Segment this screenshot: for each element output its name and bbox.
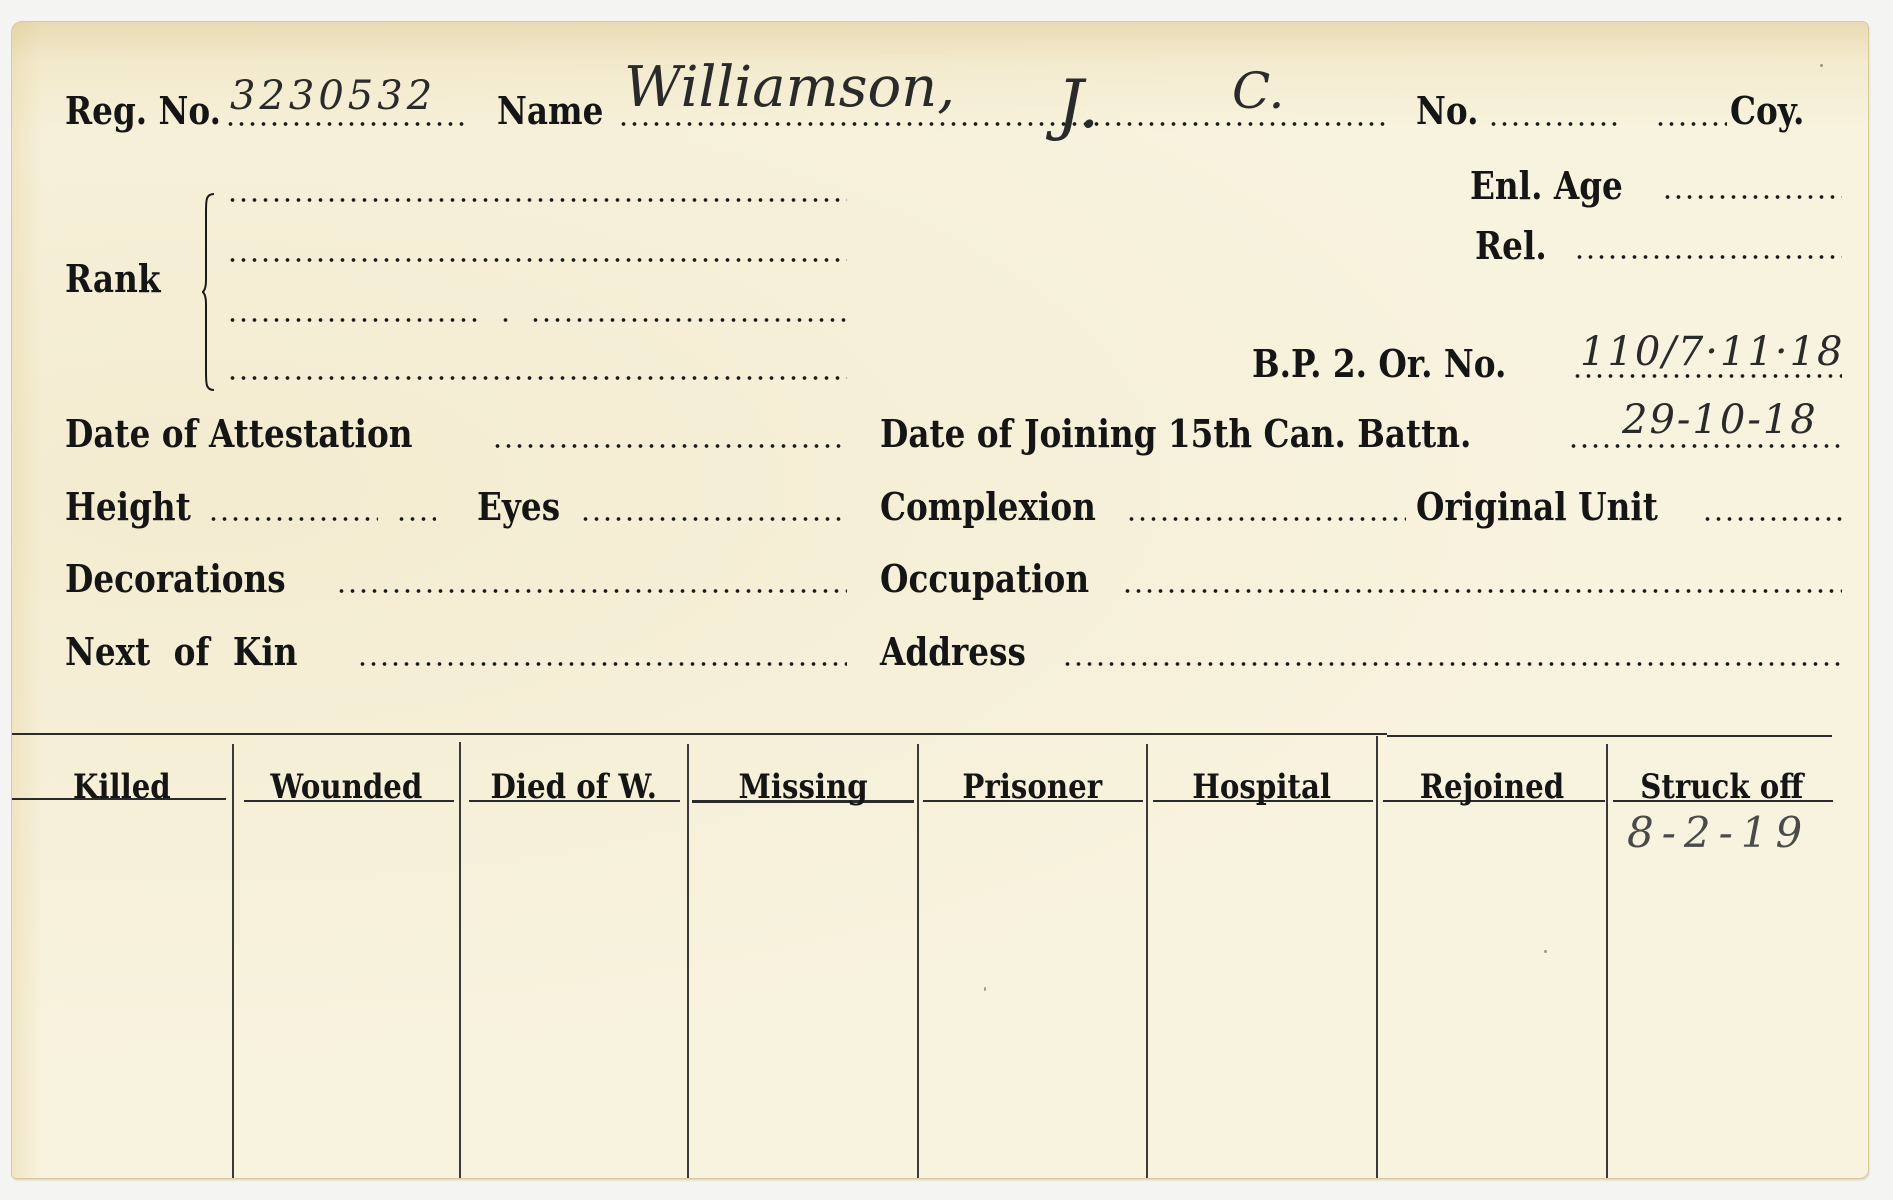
- name-initial-1[interactable]: J.: [1057, 72, 1099, 138]
- enl-age-label: Enl. Age: [1470, 167, 1623, 205]
- rank-line-3-gap-dot: [500, 318, 510, 322]
- address-label: Address: [880, 633, 1026, 671]
- cell-rejoined[interactable]: [1378, 804, 1606, 1178]
- cell-prisoner[interactable]: [919, 804, 1146, 1178]
- column-divider: [1606, 744, 1608, 1178]
- column-header-prisoner: Prisoner: [919, 767, 1146, 807]
- date-of-joining-value[interactable]: 29-10-18: [1622, 400, 1818, 440]
- column-header-killed: Killed: [12, 767, 232, 807]
- rank-line-2[interactable]: [227, 258, 847, 262]
- bp2-label: B.P. 2. Or. No.: [1252, 345, 1506, 383]
- complexion-label: Complexion: [880, 488, 1096, 526]
- cell-died-of-wounds[interactable]: [461, 804, 687, 1178]
- original-unit-label: Original Unit: [1416, 488, 1658, 526]
- bp2-value[interactable]: 110/7·11·18: [1580, 332, 1845, 372]
- complexion-dots[interactable]: [1126, 517, 1406, 521]
- next-of-kin-dots[interactable]: [357, 662, 847, 666]
- reg-no-value[interactable]: 3230532: [230, 76, 436, 116]
- column-header-rejoined: Rejoined: [1378, 767, 1606, 807]
- coy-label: Coy.: [1730, 92, 1804, 130]
- eyes-dots[interactable]: [580, 517, 847, 521]
- name-initial-2[interactable]: C.: [1232, 66, 1284, 116]
- paper-speck: [1544, 950, 1547, 953]
- reg-no-dots: [225, 122, 465, 126]
- rank-line-4[interactable]: [227, 376, 847, 380]
- column-header-wounded: Wounded: [234, 767, 459, 807]
- cell-hospital[interactable]: [1148, 804, 1376, 1178]
- name-surname[interactable]: Williamson,: [624, 60, 955, 116]
- decorations-dots[interactable]: [336, 589, 847, 593]
- column-header-died-of-wounds: Died of W.: [461, 767, 687, 807]
- name-dots: [618, 122, 1388, 126]
- date-of-joining-dots: [1568, 444, 1842, 448]
- name-label: Name: [497, 92, 603, 130]
- rank-line-3a[interactable]: [227, 318, 477, 322]
- column-header-missing: Missing: [689, 767, 917, 807]
- original-unit-dots[interactable]: [1702, 517, 1842, 521]
- rank-line-3b[interactable]: [530, 318, 847, 322]
- table-top-rule-left: [12, 733, 1387, 735]
- date-of-attestation-dots[interactable]: [492, 444, 847, 448]
- enl-age-dots[interactable]: [1662, 195, 1842, 199]
- occupation-label: Occupation: [880, 560, 1089, 598]
- column-header-hospital: Hospital: [1148, 767, 1376, 807]
- rank-brace-icon: [202, 192, 216, 392]
- occupation-dots[interactable]: [1122, 589, 1842, 593]
- no-dots[interactable]: [1488, 122, 1618, 126]
- paper-speck: [1820, 64, 1823, 67]
- rank-line-1[interactable]: [227, 198, 847, 202]
- cell-killed[interactable]: [12, 804, 232, 1178]
- table-top-rule-right: [1387, 735, 1832, 737]
- height-dots-tail: [396, 517, 436, 521]
- reg-no-label: Reg. No.: [65, 92, 221, 130]
- decorations-label: Decorations: [65, 560, 286, 598]
- address-dots[interactable]: [1062, 662, 1842, 666]
- height-label: Height: [65, 488, 191, 526]
- rank-label: Rank: [65, 260, 160, 298]
- rel-label: Rel.: [1475, 227, 1547, 265]
- height-dots[interactable]: [208, 517, 378, 521]
- paper-speck: [984, 987, 986, 991]
- no-label: No.: [1416, 92, 1478, 130]
- date-of-joining-label: Date of Joining 15th Can. Battn.: [880, 415, 1471, 453]
- column-header-struck-off: Struck off: [1608, 767, 1836, 807]
- service-record-card: Reg. No. 3230532 Name Williamson, J. C. …: [12, 22, 1868, 1178]
- cell-struck-off[interactable]: 8-2-19: [1627, 812, 1810, 854]
- cell-wounded[interactable]: [234, 804, 459, 1178]
- coy-dots[interactable]: [1655, 122, 1727, 126]
- rel-dots[interactable]: [1574, 255, 1842, 259]
- cell-missing[interactable]: [689, 804, 917, 1178]
- next-of-kin-label: Next of Kin: [65, 633, 298, 671]
- eyes-label: Eyes: [477, 488, 560, 526]
- date-of-attestation-label: Date of Attestation: [65, 415, 413, 453]
